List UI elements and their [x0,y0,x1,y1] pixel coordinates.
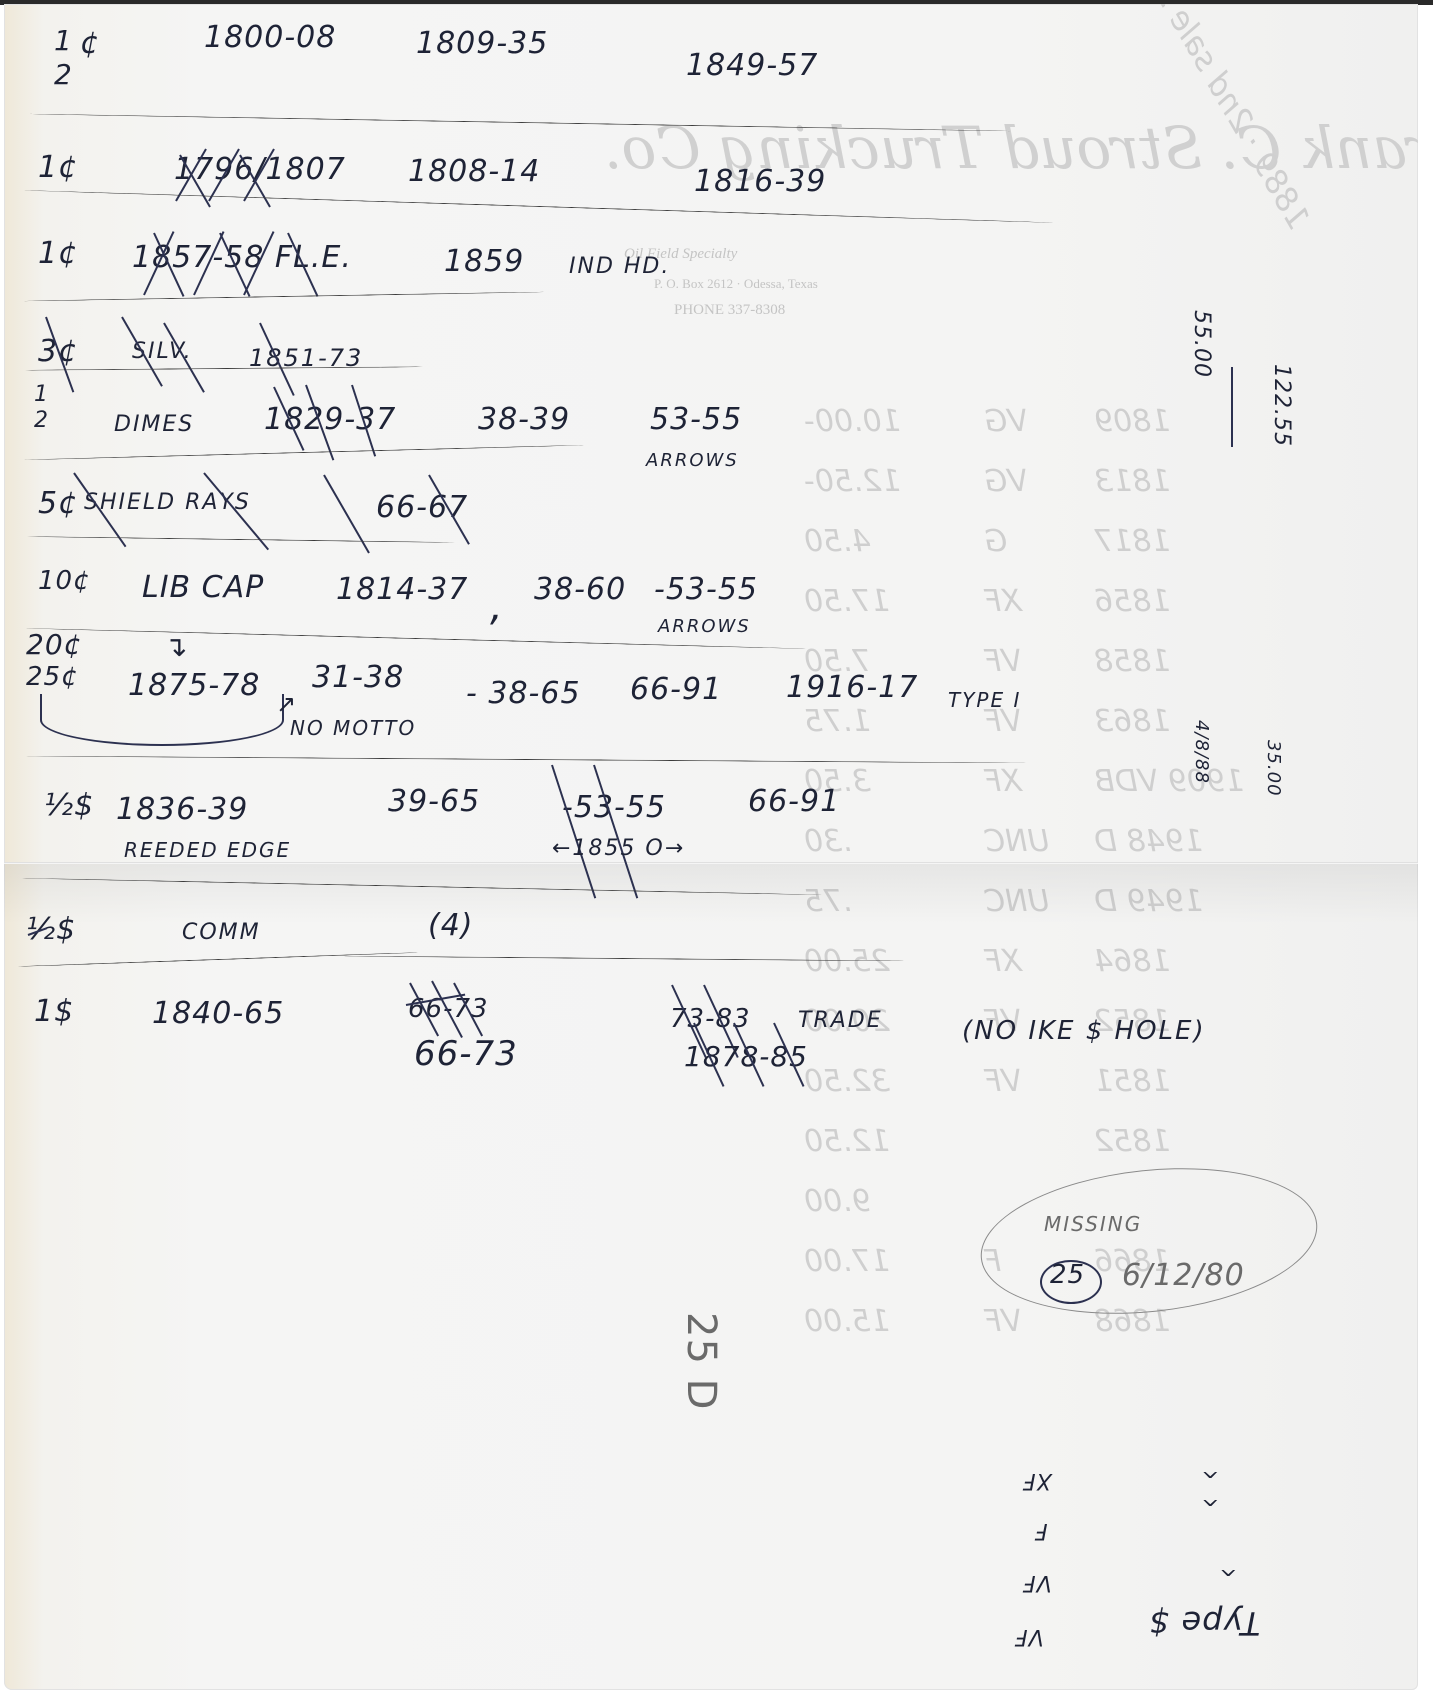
count: (4) [428,908,474,943]
upside-down-grade: F [1034,1518,1048,1543]
denomination-five-cent: 5¢ [38,486,78,521]
note: (NO IKE $ HOLE) [962,1016,1206,1046]
denomination-half-dime: 1 2 [34,382,48,434]
bleed-grade: VF [984,644,1022,679]
denomination-one-cent: 1¢ [38,236,78,271]
date-range: 1809-35 [416,26,548,61]
date-range: 53-55 [650,402,742,437]
arrow-down-icon: ↴ [164,630,188,663]
fraction-denominator: 2 [34,408,48,434]
type-label: TYPE I [948,688,1021,712]
date-range: 66-91 [630,672,722,707]
denomination-half-dollar: ½$ [26,912,76,947]
bleed-grade: UNC [984,824,1049,859]
date-range: 1916-17 [786,670,918,705]
bleed-year: 1864 [1094,944,1170,979]
denomination-ten-cent: 10¢ [38,566,91,596]
date-range: 66-73 [414,1034,518,1074]
bleed-price: 17.00 [804,1244,890,1279]
type-label: SHIELD RAYS [84,490,251,515]
bleed-year: 1863 [1094,704,1170,739]
bleed-year: 1856 [1094,584,1170,619]
bleed-price: 10.00- [804,404,901,439]
paper-sheet: Frank C. Stroud Trucking Co. Oil Field S… [4,4,1418,1690]
missing-oval [974,1153,1325,1330]
fraction-denominator: 2 [54,58,72,92]
bleed-price: 15.00 [804,1304,890,1339]
date-range: 38-39 [478,402,570,437]
type-label: COMM [182,920,261,945]
bleed-year: 1909 VDB [1094,764,1244,799]
underline-mark [1231,367,1233,447]
upside-down-grade: VF [1014,1624,1044,1649]
bleed-year: 1817 [1094,524,1170,559]
date-range: 1836-39 [116,792,248,827]
type-label: TRADE [798,1008,883,1033]
bleed-grade: VG [984,464,1028,499]
arrow-right-icon: ↗ [276,690,297,718]
date: 1859 [444,244,524,279]
missing-coin: 25 [1050,1260,1085,1290]
row-divider [24,190,1054,223]
caret-mark: ^ [1200,1456,1219,1481]
row-divider [24,366,424,370]
vertical-note: 25 D [678,1312,724,1410]
note: ←1855 O→ [552,836,685,861]
bleed-year: 1809 [1094,404,1170,439]
date-range: 66-91 [748,784,840,819]
fraction-numerator: 1 [34,382,48,408]
missing-label: MISSING [1044,1212,1142,1236]
row-divider [18,952,418,967]
date-range: -53-55 [654,572,758,607]
side-note: 55.00 [1189,310,1214,378]
date-range: 39-65 [388,784,480,819]
type-label: IND HD. [569,254,670,279]
caret-mark: ^ [1218,1554,1237,1579]
denomination-twenty-cent: 20¢ [26,628,82,661]
date-range: 1849-57 [686,48,818,83]
bleed-price: 17.50 [804,584,890,619]
bleed-grade: G [984,524,1007,559]
crossed-out-date-range: -53-55 [562,790,666,825]
bleed-price: 25.00 [804,944,890,979]
bleed-price: 1.75 [804,704,871,739]
fold-shadow [4,864,1418,924]
bleed-year: 1813 [1094,464,1170,499]
bleed-year: 1851 [1094,1064,1170,1099]
denomination-twenty-five-cent: 25¢ [26,662,79,692]
arrow-curve-icon [40,694,284,746]
row-divider [24,291,544,301]
denomination-one-dollar: 1$ [34,994,74,1029]
side-note: 35.00 [1263,740,1284,797]
bleed-year: 1858 [1094,644,1170,679]
date-range: 1840-65 [152,996,284,1031]
note: REEDED EDGE [124,838,291,862]
bleed-grade: XF [984,584,1022,619]
denomination-one-cent: 1¢ [38,150,78,185]
fraction-numerator: 1 [54,24,72,58]
side-note: 122.55 [1269,364,1294,447]
letterhead-address: P. O. Box 2612 · Odessa, Texas [654,276,818,292]
bleed-price: 9.00 [804,1184,871,1219]
missing-date: 6/12/80 [1122,1258,1245,1293]
upside-down-heading: Type $ [1148,1604,1260,1642]
upside-down-grade: VF [1022,1570,1052,1595]
bleed-grade: VG [984,404,1028,439]
bleed-grade: VF [984,1064,1022,1099]
bleed-price: 32.50 [804,1064,890,1099]
date-range: 31-38 [312,660,404,695]
denomination-half-dollar: ½$ [44,788,94,823]
bleed-price: .30 [804,824,852,859]
date-range: 1800-08 [204,20,336,55]
type-label: LIB CAP [142,570,264,605]
bleed-year: 1948 D [1094,824,1203,859]
caret-mark: ^ [1200,1484,1219,1509]
bleed-grade: XF [984,764,1022,799]
type-label: DIMES [114,412,194,437]
bleed-year: 1852 [1094,1124,1170,1159]
date-range: 38-60 [534,572,626,607]
cent-sign: ¢ [80,26,100,61]
row-divider [26,756,1026,764]
bleed-price: 12.50 [804,1124,890,1159]
denomination-half-cent: 1 2 [54,24,72,92]
bleed-grade: VF [984,1304,1022,1339]
row-divider [24,445,584,461]
date-range: 1808-14 [408,154,540,189]
upside-down-grade: XF [1022,1468,1052,1493]
bleed-price: 12.50- [804,464,901,499]
note: ARROWS [658,616,751,637]
bleed-price: 4.50 [804,524,871,559]
note: ARROWS [646,450,739,471]
separator: , [490,584,504,630]
note: NO MOTTO [290,716,416,740]
side-note: 4/8/88 [1191,720,1212,784]
date-range: - 38-65 [466,676,581,711]
letterhead-phone: PHONE 337-8308 [674,302,785,319]
row-divider [26,536,456,543]
bleed-grade: XF [984,944,1022,979]
date-range: 1816-39 [694,164,826,199]
date-range: 1814-37 [336,572,468,607]
